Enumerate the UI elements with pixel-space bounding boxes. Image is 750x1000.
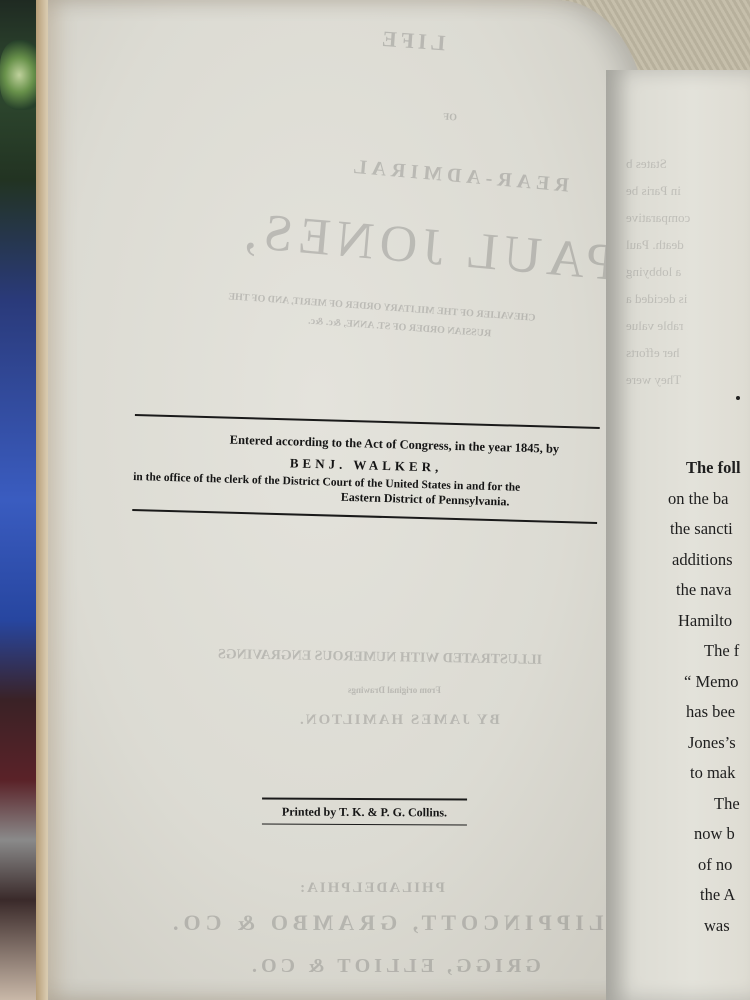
body-line: The foll	[606, 458, 750, 489]
ghost-line: is decided a	[626, 285, 746, 312]
show-through-subtitle-1: CHEVALIER OF THE MILITARY ORDER OF MERIT…	[228, 291, 536, 323]
body-line: additions	[606, 550, 750, 581]
body-line: “ Memo	[606, 672, 750, 703]
ghost-line: States b	[626, 150, 746, 177]
show-through-subtitle-2: RUSSIAN ORDER OF ST. ANNE, &c. &c.	[308, 316, 492, 340]
body-line: The	[606, 794, 750, 825]
ghost-line: rable value	[626, 312, 746, 339]
show-through-engraver: From original Drawings	[348, 685, 441, 695]
ink-speck	[736, 396, 740, 400]
ghost-line: They were	[626, 366, 746, 393]
body-line: The f	[606, 641, 750, 672]
right-page-body-text: The foll on the ba the sancti additions …	[606, 458, 750, 946]
show-through-city: PHILADELPHIA:	[298, 880, 445, 897]
body-line: was	[606, 916, 750, 947]
show-through-artist: BY JAMES HAMILTON.	[298, 712, 500, 729]
body-line: now b	[606, 824, 750, 855]
body-line: Jones’s	[606, 733, 750, 764]
ghost-line: in Paris be	[626, 177, 746, 204]
copyright-bottom-rule	[132, 509, 597, 524]
ghost-line: a lobbying	[626, 258, 746, 285]
show-through-title-life: LIFE	[377, 26, 446, 57]
right-page: States b in Paris be comparative death. …	[606, 70, 750, 1000]
body-line: has bee	[606, 702, 750, 733]
printer-text: Printed by T. K. & P. G. Collins.	[262, 799, 467, 824]
body-line: the A	[606, 885, 750, 916]
right-page-show-through: States b in Paris be comparative death. …	[626, 150, 746, 393]
body-line: Hamilto	[606, 611, 750, 642]
body-line: the sancti	[606, 519, 750, 550]
body-line: the nava	[606, 580, 750, 611]
show-through-title-rank: REAR-ADMIRAL	[347, 155, 569, 197]
body-line: of no	[606, 855, 750, 886]
copyright-notice: Entered according to the Act of Congress…	[131, 412, 600, 575]
show-through-publisher-1: LIPPINCOTT, GRAMBO & CO.	[168, 910, 604, 936]
ghost-line: death. Paul	[626, 231, 746, 258]
show-through-publisher-2: GRIGG, ELLIOT & CO.	[248, 955, 541, 978]
body-line: to mak	[606, 763, 750, 794]
body-line: on the ba	[606, 489, 750, 520]
ghost-line: comparative	[626, 204, 746, 231]
show-through-illustrated: ILLUSTRATED WITH NUMEROUS ENGRAVINGS	[218, 647, 542, 669]
show-through-title-of: OF	[443, 112, 458, 124]
printer-imprint: Printed by T. K. & P. G. Collins.	[262, 797, 467, 825]
ghost-line: her efforts	[626, 339, 746, 366]
